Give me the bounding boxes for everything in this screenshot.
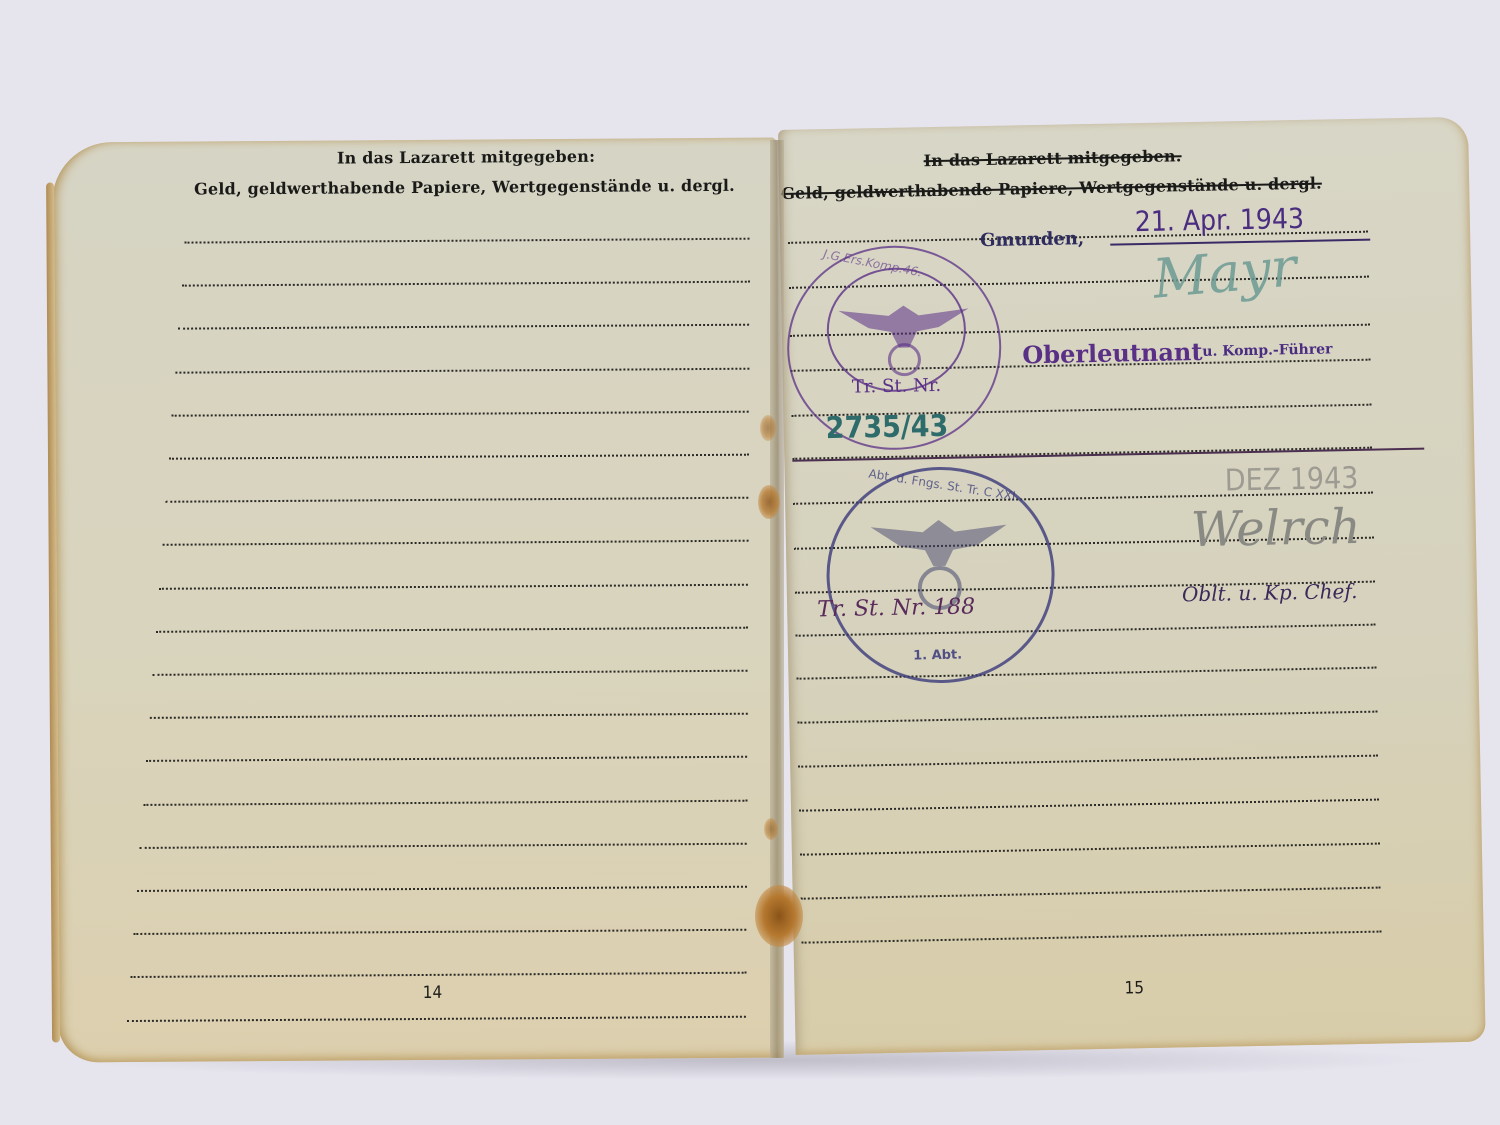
role-stamp: u. Komp.-Führer (1202, 341, 1332, 359)
ruled-line (133, 929, 746, 935)
ruled-line (178, 324, 749, 330)
rust-stain (760, 415, 776, 441)
date-stamp-2: DEZ 1943 (1224, 461, 1358, 499)
signature-mayr: Mayr (1150, 235, 1299, 311)
date-stamp-1: 21. Apr. 1943 (1135, 202, 1305, 238)
ruled-line (181, 281, 749, 287)
ruled-line (802, 931, 1382, 944)
rust-stain (764, 818, 778, 840)
ruled-line (800, 843, 1380, 856)
right-ruled-lines (778, 117, 1468, 130)
left-heading-line1: In das Lazarett mitgegeben: (337, 147, 595, 168)
ruled-line (137, 886, 747, 892)
place-stamp: Gmunden, (980, 228, 1084, 251)
ruled-line (798, 755, 1378, 768)
rust-stain (758, 485, 780, 519)
rust-stain (755, 885, 803, 947)
seal2-bottom-text: 1. Abt. (913, 648, 962, 664)
ruled-line (146, 756, 747, 762)
ruled-line (140, 843, 747, 849)
ruled-line (165, 497, 748, 503)
eagle-emblem-icon (828, 286, 980, 379)
seal1-number: 2735/43 (825, 409, 948, 446)
left-page: In das Lazarett mitgegeben: Geld, geldwe… (52, 137, 783, 1062)
page-number-left: 14 (423, 983, 443, 1003)
ruled-line (801, 887, 1381, 900)
ruled-line (143, 799, 747, 805)
ruled-line (184, 238, 749, 244)
ruled-line (797, 711, 1377, 724)
left-heading-line2: Geld, geldwerthabende Papiere, Wertgegen… (194, 176, 735, 199)
page-number-right: 15 (1124, 978, 1144, 998)
ruled-line (127, 1015, 746, 1021)
section-divider (792, 448, 1424, 462)
ruled-line (172, 410, 749, 416)
right-page: In das Lazarett mitgegeben. Geld, geldwe… (778, 117, 1486, 1055)
right-heading-line1-struck: In das Lazarett mitgegeben. (923, 146, 1181, 170)
ruled-line (175, 367, 749, 373)
ruled-line (799, 799, 1379, 812)
ruled-line (169, 454, 749, 460)
ruled-line (156, 626, 748, 632)
ruled-line (162, 540, 748, 546)
ruled-line (130, 972, 746, 978)
seal1-bottom-text: Tr. St. Nr. (852, 375, 942, 398)
handwritten-role: Oblt. u. Kp. Chef. (1182, 579, 1358, 606)
right-heading-line2-struck: Geld, geldwerthabende Papiere, Wertgegen… (781, 174, 1322, 203)
signature-welrch: Welrch (1190, 499, 1361, 558)
handwritten-number: Tr. St. Nr. 188 (817, 594, 975, 622)
ruled-line (149, 713, 747, 719)
ruled-line (159, 583, 748, 589)
rank-stamp: Oberleutnant (1022, 337, 1203, 369)
seal2-top-text: Abt. d. Fngs. St. Tr. C XXI (868, 467, 1017, 504)
left-ruled-lines (52, 137, 777, 142)
ruled-line (153, 670, 748, 676)
